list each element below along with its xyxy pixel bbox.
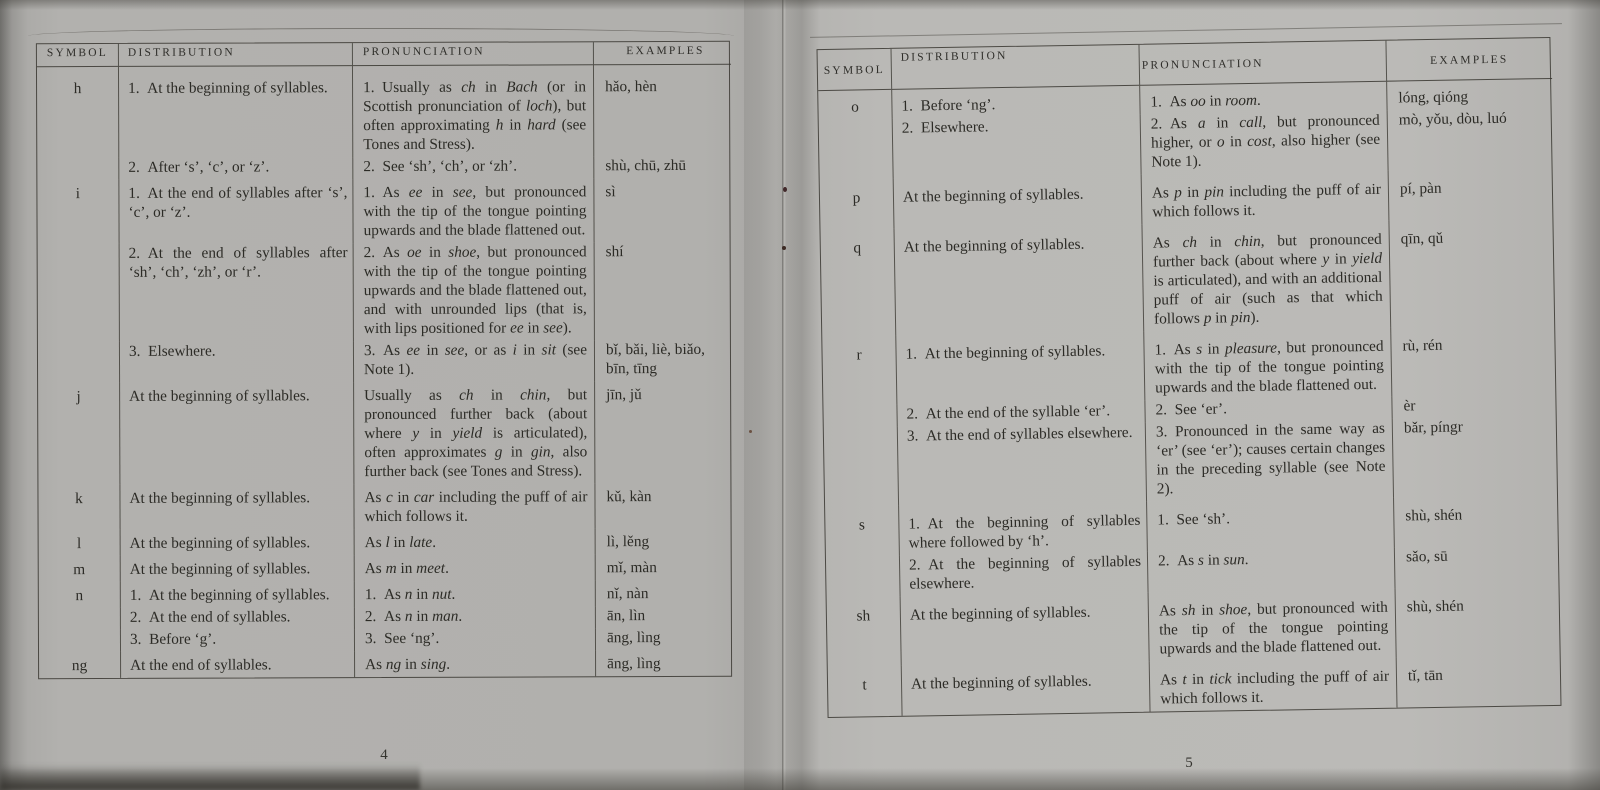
symbol-cell: [39, 630, 120, 652]
pronunciation-cell: As sh in shoe, but pronounced with the t…: [1148, 589, 1396, 662]
pronunciation-cell: 1. As n in nut.: [354, 580, 595, 607]
examples-cell: mò, yǒu, dòu, luó: [1387, 108, 1554, 171]
distribution-cell: At the beginning of syllables.: [119, 484, 353, 530]
symbol-cell: i: [37, 180, 118, 244]
distribution-cell: At the beginning of syllables.: [893, 175, 1142, 229]
distribution-cell: At the beginning of syllables.: [900, 593, 1149, 666]
distribution-cell: At the end of syllables.: [120, 651, 354, 678]
distribution-cell: 3. Elsewhere.: [119, 341, 353, 383]
pronunciation-cell: As ng in sing.: [354, 650, 595, 677]
distribution-cell: At the beginning of syllables.: [120, 529, 354, 556]
column-header-examples: EXAMPLES: [593, 42, 731, 65]
column-header-pronunciation: PRONUNCIATION: [352, 42, 593, 66]
pronunciation-cell: 1. See ‘sh’.: [1146, 498, 1394, 552]
symbol-cell: [38, 342, 119, 383]
pronunciation-cell: 2. As s in sun.: [1147, 548, 1395, 593]
examples-cell: shí: [594, 242, 732, 340]
symbol-cell: q: [821, 229, 896, 337]
symbol-cell: [824, 427, 898, 507]
examples-cell: pí, pàn: [1388, 168, 1555, 221]
distribution-cell: 1. At the beginning of syllables.: [118, 66, 352, 158]
pronunciation-cell: 1. As oo in room.: [1139, 82, 1386, 115]
examples-cell: shù, shén: [1395, 586, 1562, 658]
pronunciation-cell: 2. See ‘sh’, ‘ch’, or ‘zh’.: [352, 156, 593, 179]
page-left: SYMBOLDISTRIBUTIONPRONUNCIATIONEXAMPLESh…: [36, 41, 732, 679]
examples-cell: ān, lìn: [595, 606, 733, 628]
page-crease: [782, 0, 786, 790]
pronunciation-cell: As l in late.: [354, 528, 595, 555]
distribution-cell: 1. At the beginning of syllables.: [120, 581, 354, 608]
examples-cell: tǐ, tān: [1396, 655, 1563, 708]
examples-cell: bǐ, bǎi, liè, biǎo, bīn, tīng: [594, 340, 732, 381]
ink-speck: [782, 246, 786, 250]
distribution-cell: At the beginning of syllables.: [901, 662, 1150, 716]
symbol-cell: r: [822, 336, 896, 406]
symbol-cell: p: [820, 179, 894, 230]
pronunciation-cell: 3. Pronounced in the same way as ‘er’ (s…: [1145, 419, 1393, 502]
pronunciation-cell: 1. As s in pleasure, but pronounced with…: [1143, 328, 1391, 401]
distribution-cell: 3. At the end of syllables elsewhere.: [897, 423, 1146, 506]
examples-cell: shù, shén: [1393, 495, 1560, 548]
pronunciation-cell: 2. As n in man.: [354, 606, 595, 629]
examples-cell: qīn, qǔ: [1388, 218, 1556, 328]
page-edge-line-right: [810, 23, 1562, 39]
symbol-cell: o: [818, 90, 891, 120]
column-header-distribution: DISTRIBUTION: [118, 43, 352, 67]
symbol-cell: m: [39, 556, 120, 582]
distribution-cell: 2. At the beginning of syllables elsewhe…: [899, 552, 1148, 597]
symbol-cell: [39, 608, 120, 630]
examples-cell: lóng, qióng: [1386, 79, 1552, 111]
examples-cell: mǐ, màn: [595, 554, 733, 580]
symbol-cell: [826, 556, 900, 598]
examples-cell: kǔ, kàn: [594, 483, 732, 528]
distribution-cell: 2. At the end of syllables.: [120, 607, 354, 630]
symbol-cell: k: [38, 485, 119, 530]
symbol-cell: h: [37, 67, 118, 158]
column-header-distribution: DISTRIBUTION: [891, 45, 1140, 90]
ink-speck: [749, 430, 752, 433]
column-header-examples: EXAMPLES: [1385, 38, 1552, 82]
pronunciation-cell: 1. As ee in see, but pronounced with the…: [352, 178, 593, 243]
distribution-cell: 2. After ‘s’, ‘c’, or ‘z’.: [118, 157, 352, 180]
pronunciation-cell: As ch in chin, but pronounced further ba…: [1141, 221, 1390, 332]
examples-cell: sǎo, sū: [1394, 545, 1561, 589]
pronunciation-cell: 1. Usually as ch in Bach (or in Scottish…: [352, 65, 593, 157]
book-scan: SYMBOLDISTRIBUTIONPRONUNCIATIONEXAMPLESh…: [0, 0, 1600, 790]
distribution-cell: 1. At the end of syllables after ‘s’, ‘c…: [118, 179, 352, 244]
pronunciation-cell: 3. See ‘ng’.: [354, 628, 595, 651]
distribution-cell: 3. Before ‘g’.: [120, 629, 354, 652]
examples-cell: rù, rén: [1390, 325, 1557, 397]
examples-cell: lì, lěng: [595, 528, 733, 554]
distribution-cell: At the beginning of syllables.: [120, 555, 354, 582]
examples-cell: shù, chū, zhū: [593, 156, 731, 178]
page-number-left: 4: [37, 747, 731, 764]
symbol-cell: j: [38, 383, 119, 485]
column-header-symbol: SYMBOL: [818, 49, 892, 91]
distribution-cell: At the beginning of syllables.: [893, 225, 1143, 336]
pronunciation-cell: As t in tick including the puff of air w…: [1149, 658, 1397, 712]
pronunciation-cell: As c in car including the puff of air wh…: [353, 483, 594, 529]
symbol-cell: s: [825, 506, 899, 557]
top-edge-shadow: [0, 0, 1600, 10]
distribution-cell: 1. At the beginning of syllables where f…: [898, 502, 1147, 556]
symbol-cell: [819, 119, 893, 180]
pronunciation-cell: 2. As oe in shoe, but pronounced with th…: [353, 242, 594, 341]
examples-cell: āng, lìng: [595, 628, 733, 650]
examples-cell: sì: [593, 178, 731, 242]
symbol-cell: ng: [39, 652, 120, 678]
examples-cell: bǎr, píngr: [1392, 416, 1559, 498]
column-header-symbol: SYMBOL: [37, 44, 118, 67]
distribution-cell: 1. At the beginning of syllables.: [895, 332, 1144, 405]
examples-cell: èr: [1391, 394, 1557, 419]
symbol-cell: sh: [827, 597, 901, 667]
symbol-cell: [38, 244, 119, 342]
symbol-cell: [823, 405, 896, 428]
pronunciation-cell: As m in meet.: [354, 554, 595, 581]
pronunciation-cell: 3. As ee in see, or as i in sit (see Not…: [353, 340, 594, 382]
bottom-left-corner-shadow: [0, 764, 420, 790]
pronunciation-cell: As p in pin including the puff of air wh…: [1141, 171, 1389, 225]
column-header-pronunciation: PRONUNCIATION: [1138, 41, 1386, 86]
examples-cell: hǎo, hèn: [593, 65, 731, 156]
examples-cell: āng, lìng: [595, 650, 733, 676]
symbol-cell: l: [39, 530, 120, 556]
pronunciation-table-left: SYMBOLDISTRIBUTIONPRONUNCIATIONEXAMPLESh…: [36, 41, 732, 679]
distribution-cell: 2. Elsewhere.: [892, 115, 1141, 179]
distribution-cell: 1. Before ‘ng’.: [891, 86, 1139, 119]
symbol-cell: [37, 158, 118, 180]
symbol-cell: t: [828, 666, 902, 717]
symbol-cell: n: [39, 582, 120, 608]
distribution-cell: 2. At the end of syllables after ‘sh’, ‘…: [119, 243, 353, 342]
pronunciation-table-right: SYMBOLDISTRIBUTIONPRONUNCIATIONEXAMPLESo…: [817, 37, 1562, 718]
ink-speck: [783, 187, 787, 192]
examples-cell: nǐ, nàn: [595, 580, 733, 606]
distribution-cell: At the beginning of syllables.: [119, 382, 353, 485]
pronunciation-cell: 2. As a in call, but pronounced higher, …: [1140, 111, 1388, 175]
page-right: SYMBOLDISTRIBUTIONPRONUNCIATIONEXAMPLESo…: [817, 37, 1562, 718]
examples-cell: jīn, jǔ: [594, 381, 732, 483]
pronunciation-cell: Usually as ch in chin, but pronounced fu…: [353, 381, 594, 484]
